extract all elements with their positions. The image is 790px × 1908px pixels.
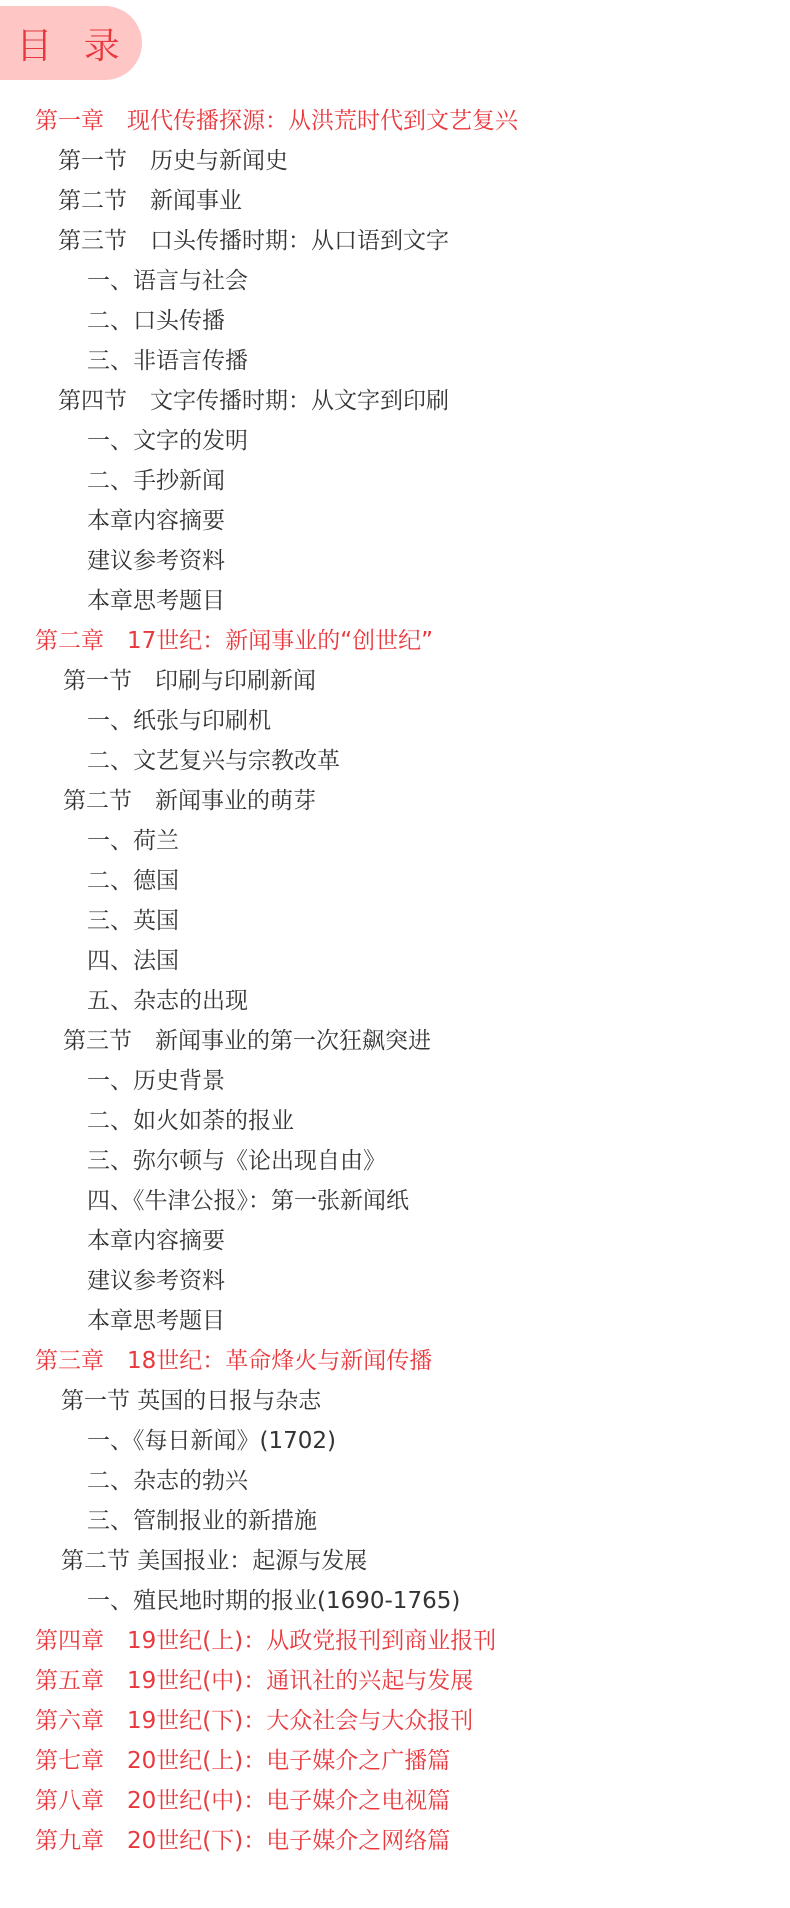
toc-item-entry[interactable]: 三、英国 — [0, 901, 790, 941]
toc-item-entry[interactable]: 一、历史背景 — [0, 1061, 790, 1101]
toc-item-entry[interactable]: 四、《牛津公报》：第一张新闻纸 — [0, 1181, 790, 1221]
toc-chapter-entry[interactable]: 第八章 20世纪(中)：电子媒介之电视篇 — [0, 1781, 790, 1821]
toc-section-entry[interactable]: 第一节 历史与新闻史 — [0, 141, 790, 181]
toc-section-entry[interactable]: 第四节 文字传播时期：从文字到印刷 — [0, 381, 790, 421]
toc-item-entry[interactable]: 二、文艺复兴与宗教改革 — [0, 741, 790, 781]
toc-item-entry[interactable]: 三、非语言传播 — [0, 341, 790, 381]
toc-section-entry[interactable]: 第三节 口头传播时期：从口语到文字 — [0, 221, 790, 261]
toc-item-entry[interactable]: 二、口头传播 — [0, 301, 790, 341]
toc-title: 目 录 — [12, 18, 129, 69]
toc-chapter-entry[interactable]: 第二章 17世纪：新闻事业的“创世纪” — [0, 621, 790, 661]
toc-item-entry[interactable]: 本章内容摘要 — [0, 501, 790, 541]
toc-chapter-entry[interactable]: 第九章 20世纪(下)：电子媒介之网络篇 — [0, 1821, 790, 1861]
toc-section-entry[interactable]: 第一节 英国的日报与杂志 — [0, 1381, 790, 1421]
toc-section-entry[interactable]: 第二节 美国报业：起源与发展 — [0, 1541, 790, 1581]
toc-item-entry[interactable]: 三、管制报业的新措施 — [0, 1501, 790, 1541]
toc-item-entry[interactable]: 一、荷兰 — [0, 821, 790, 861]
toc-chapter-entry[interactable]: 第六章 19世纪(下)：大众社会与大众报刊 — [0, 1701, 790, 1741]
toc-item-entry[interactable]: 一、《每日新闻》(1702) — [0, 1421, 790, 1461]
toc-item-entry[interactable]: 一、语言与社会 — [0, 261, 790, 301]
toc-chapter-entry[interactable]: 第七章 20世纪(上)：电子媒介之广播篇 — [0, 1741, 790, 1781]
toc-item-entry[interactable]: 一、殖民地时期的报业(1690-1765) — [0, 1581, 790, 1621]
toc-item-entry[interactable]: 建议参考资料 — [0, 1261, 790, 1301]
toc-item-entry[interactable]: 二、德国 — [0, 861, 790, 901]
toc-chapter-entry[interactable]: 第三章 18世纪：革命烽火与新闻传播 — [0, 1341, 790, 1381]
toc-item-entry[interactable]: 二、杂志的勃兴 — [0, 1461, 790, 1501]
toc-chapter-entry[interactable]: 第四章 19世纪(上)：从政党报刊到商业报刊 — [0, 1621, 790, 1661]
toc-item-entry[interactable]: 四、法国 — [0, 941, 790, 981]
toc-section-entry[interactable]: 第一节 印刷与印刷新闻 — [0, 661, 790, 701]
toc-chapter-entry[interactable]: 第五章 19世纪(中)：通讯社的兴起与发展 — [0, 1661, 790, 1701]
toc-item-entry[interactable]: 二、如火如荼的报业 — [0, 1101, 790, 1141]
toc-section-entry[interactable]: 第三节 新闻事业的第一次狂飙突进 — [0, 1021, 790, 1061]
toc-item-entry[interactable]: 本章思考题目 — [0, 581, 790, 621]
toc-item-entry[interactable]: 一、纸张与印刷机 — [0, 701, 790, 741]
toc-chapter-entry[interactable]: 第一章 现代传播探源：从洪荒时代到文艺复兴 — [0, 101, 790, 141]
table-of-contents: 第一章 现代传播探源：从洪荒时代到文艺复兴第一节 历史与新闻史第二节 新闻事业第… — [0, 101, 790, 1861]
toc-item-entry[interactable]: 二、手抄新闻 — [0, 461, 790, 501]
toc-section-entry[interactable]: 第二节 新闻事业的萌芽 — [0, 781, 790, 821]
toc-item-entry[interactable]: 一、文字的发明 — [0, 421, 790, 461]
toc-item-entry[interactable]: 五、杂志的出现 — [0, 981, 790, 1021]
toc-title-badge: 目 录 — [0, 6, 142, 80]
toc-item-entry[interactable]: 本章思考题目 — [0, 1301, 790, 1341]
toc-item-entry[interactable]: 建议参考资料 — [0, 541, 790, 581]
toc-section-entry[interactable]: 第二节 新闻事业 — [0, 181, 790, 221]
toc-item-entry[interactable]: 本章内容摘要 — [0, 1221, 790, 1261]
toc-item-entry[interactable]: 三、弥尔顿与《论出现自由》 — [0, 1141, 790, 1181]
